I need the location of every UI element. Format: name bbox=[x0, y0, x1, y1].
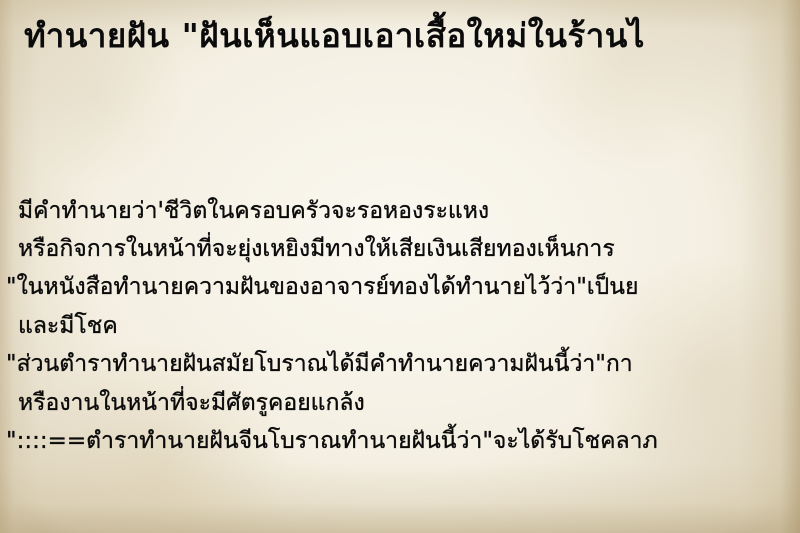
text-line: "ในหนังสือทำนายความฝันของอาจารย์ทองได้ทำ… bbox=[6, 272, 638, 302]
text-line: มีคำทำนายว่า'ชีวิตในครอบครัวจะรอหองระแหง bbox=[18, 196, 489, 226]
text-line: และมีโชค bbox=[18, 311, 118, 341]
text-line: หรือกิจการในหน้าที่จะยุ่งเหยิงมีทางให้เส… bbox=[18, 234, 615, 264]
text-line: "::::==ตำราทำนายฝันจีนโบราณทำนายฝันนี้ว่… bbox=[6, 426, 658, 456]
text-line: หรืองานในหน้าที่จะมีศัตรูคอยแกล้ง bbox=[18, 388, 365, 418]
page-title: ทำนายฝัน "ฝันเห็นแอบเอาเสื้อใหม่ในร้านไ bbox=[24, 16, 645, 56]
text-line: "ส่วนตำราทำนายฝันสมัยโบราณได้มีคำทำนายคว… bbox=[6, 349, 633, 379]
